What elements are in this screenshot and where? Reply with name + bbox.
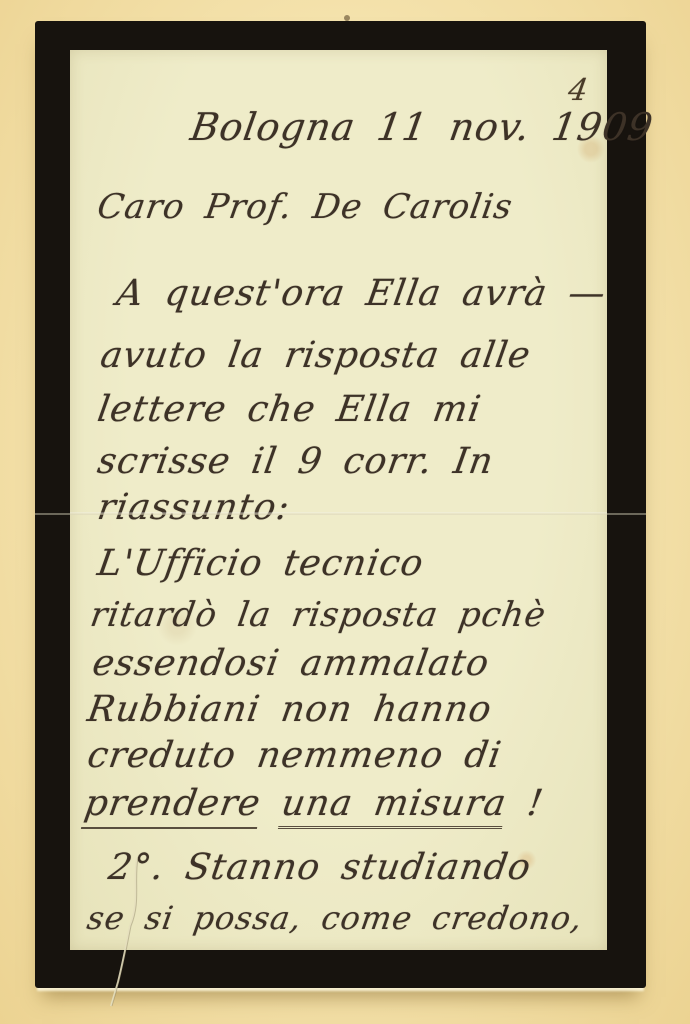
- body-line: ritardò la risposta pchè: [88, 598, 549, 632]
- salutation-line: Caro Prof. De Carolis: [95, 190, 515, 224]
- album-page-background: 4 Bologna 11 nov. 1909 Caro Prof. De Car…: [0, 0, 690, 1024]
- body-line: lettere che Ella mi: [95, 392, 484, 428]
- date-line: Bologna 11 nov. 1909: [188, 108, 656, 146]
- body-line-underlined: prendere una misura !: [82, 786, 546, 822]
- body-line: 2°. Stanno studiando: [106, 850, 534, 886]
- body-line: riassunto:: [95, 490, 292, 526]
- body-line: scrisse il 9 corr. In: [95, 444, 496, 480]
- underlined-phrase: una misura: [278, 783, 510, 829]
- page-number: 4: [566, 76, 591, 106]
- underlined-word: prendere: [81, 783, 264, 829]
- body-line: L'Ufficio tecnico: [95, 546, 426, 582]
- body-line: Rubbiani non hanno: [85, 692, 494, 728]
- body-line: avuto la risposta alle: [98, 338, 533, 374]
- body-line: essendosi ammalato: [90, 646, 492, 682]
- body-line: se si possa, come credono,: [85, 902, 585, 934]
- letter-page: 4 Bologna 11 nov. 1909 Caro Prof. De Car…: [70, 50, 607, 950]
- exclamation-mark: !: [524, 783, 546, 824]
- black-mount-board: 4 Bologna 11 nov. 1909 Caro Prof. De Car…: [35, 21, 646, 988]
- fold-crease-on-mount: [35, 513, 646, 515]
- body-line: A quest'ora Ella avrà —: [114, 276, 608, 312]
- body-line: creduto nemmeno di: [85, 738, 504, 774]
